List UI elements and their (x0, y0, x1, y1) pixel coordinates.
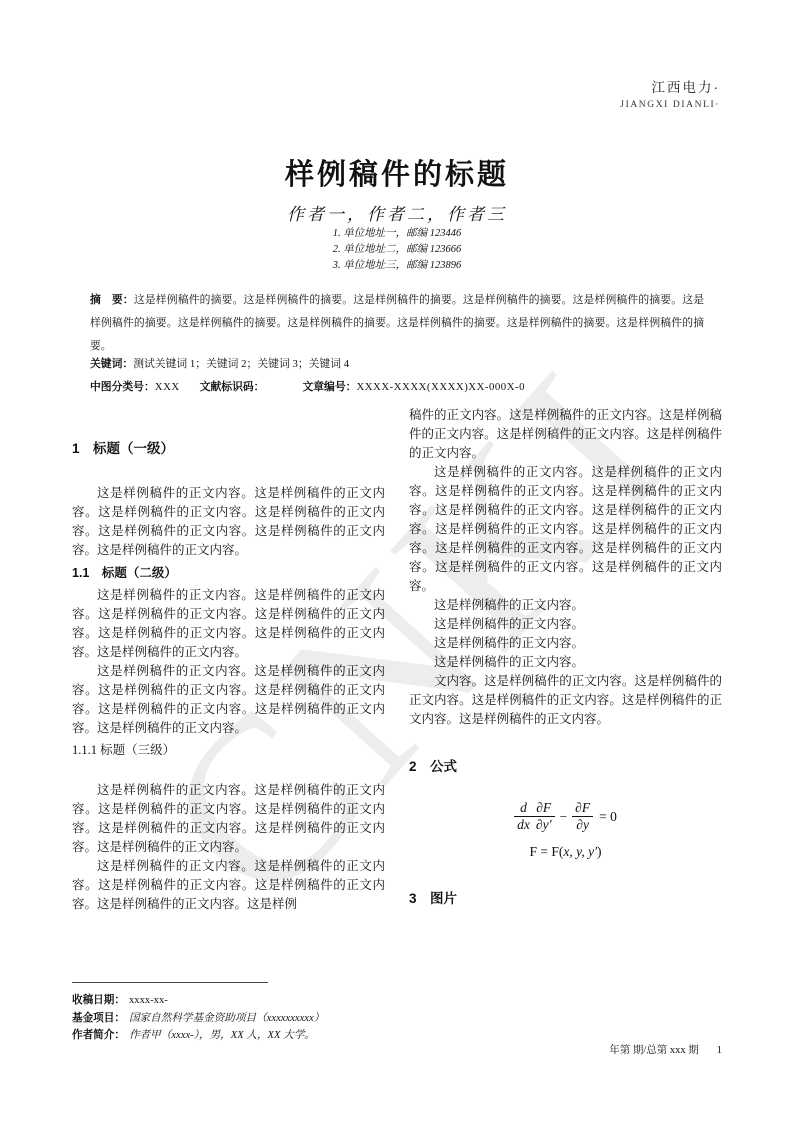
keywords-label: 关键词： (90, 358, 133, 370)
body-line: 这是样例稿件的正文内容。 (409, 615, 722, 634)
journal-name-english: JIANGXI DIANLI· (620, 100, 720, 110)
body-line: 这是样例稿件的正文内容。 (409, 596, 722, 615)
article-id-value: XXXX-XXXX(XXXX)XX-000X-0 (356, 381, 525, 393)
clc-label: 中图分类号： (90, 381, 155, 393)
journal-brand: 江西电力· JIANGXI DIANLI· (620, 76, 720, 110)
body-paragraph-continuation: 稿件的正文内容。这是样例稿件的正文内容。这是样例稿件的正文内容。这是样例稿件的正… (409, 406, 722, 463)
abstract-label: 摘 要： (90, 294, 134, 306)
abstract-text: 这是样例稿件的摘要。这是样例稿件的摘要。这是样例稿件的摘要。这是样例稿件的摘要。… (90, 294, 704, 352)
body-line: 这是样例稿件的正文内容。 (409, 653, 722, 672)
document-code-label: 文献标识码： (200, 381, 265, 393)
affiliation-1: 1. 单位地址一，邮编 123446 (0, 226, 794, 242)
footnote-rule (72, 982, 268, 983)
section-heading-2: 2 公式 (409, 757, 722, 776)
classification-line: 中图分类号：XXX文献标识码：文章编号：XXXX-XXXX(XXXX)XX-00… (90, 379, 704, 394)
received-date-value: xxxx-xx- (129, 995, 168, 1006)
body-paragraph: 文内容。这是样例稿件的正文内容。这是样例稿件的正文内容。这是样例稿件的正文内容。… (409, 672, 722, 729)
footnote-block: 收稿日期：xxxx-xx- 基金项目：国家自然科学基金资助项目（xxxxxxxx… (72, 982, 412, 1045)
author-bio-line: 作者简介：作者甲（xxxx-），男，XX 人，XX 大学。 (72, 1027, 412, 1045)
body-paragraph-split: 这是样例稿件的正文内容。这是样例稿件的正文内容。这是样例稿件的正文内容。这是样例… (72, 857, 385, 914)
page-footer: 年第 期/总第 xxx 期1 (609, 1042, 722, 1057)
equation-rhs: = 0 (599, 807, 617, 826)
body-paragraph: 这是样例稿件的正文内容。这是样例稿件的正文内容。这是样例稿件的正文内容。这是样例… (72, 586, 385, 662)
body-line: 这是样例稿件的正文内容。 (409, 634, 722, 653)
fund-project-value: 国家自然科学基金资助项目（xxxxxxxxxx） (129, 1013, 324, 1024)
minus-operator: − (560, 807, 568, 826)
journal-name-chinese: 江西电力· (620, 76, 720, 96)
left-column: 1 标题（一级） 这是样例稿件的正文内容。这是样例稿件的正文内容。这是样例稿件的… (72, 437, 385, 914)
section-heading-1-1-1: 1.1.1 标题（三级） (72, 741, 385, 760)
author-bio-value: 作者甲（xxxx-），男，XX 人，XX 大学。 (129, 1030, 315, 1041)
fraction-dF-dy: ∂F∂y (572, 800, 593, 832)
article-id-label: 文章编号： (302, 381, 356, 393)
equation-block: ddx ∂F∂y′ − ∂F∂y = 0 F = F(x, y, y′) (409, 800, 722, 861)
affiliation-2: 2. 单位地址二，邮编 123666 (0, 242, 794, 258)
article-title: 样例稿件的标题 (0, 152, 794, 193)
equation-functional: F = F(x, y, y′) (409, 842, 722, 861)
received-date-line: 收稿日期：xxxx-xx- (72, 992, 412, 1010)
author-list: 作者一，作者二，作者三 (0, 200, 794, 225)
keywords-text: 测试关键词 1；关键词 2；关键词 3；关键词 4 (133, 358, 349, 370)
section-heading-1-1: 1.1 标题（二级） (72, 564, 385, 583)
right-column: 稿件的正文内容。这是样例稿件的正文内容。这是样例稿件的正文内容。这是样例稿件的正… (409, 406, 722, 932)
clc-value: XXX (155, 381, 180, 393)
issue-info: 年第 期/总第 xxx 期 (609, 1045, 699, 1056)
affiliation-list: 1. 单位地址一，邮编 123446 2. 单位地址二，邮编 123666 3.… (0, 226, 794, 274)
body-paragraph: 这是样例稿件的正文内容。这是样例稿件的正文内容。这是样例稿件的正文内容。这是样例… (72, 484, 385, 560)
page-number: 1 (717, 1045, 722, 1056)
abstract: 摘 要：这是样例稿件的摘要。这是样例稿件的摘要。这是样例稿件的摘要。这是样例稿件… (90, 289, 704, 358)
body-paragraph: 这是样例稿件的正文内容。这是样例稿件的正文内容。这是样例稿件的正文内容。这是样例… (409, 463, 722, 596)
body-paragraph: 这是样例稿件的正文内容。这是样例稿件的正文内容。这是样例稿件的正文内容。这是样例… (72, 662, 385, 738)
fraction-d-dx: ddx (514, 800, 533, 832)
manuscript-page: CNKI 江西电力· JIANGXI DIANLI· 样例稿件的标题 作者一，作… (0, 0, 794, 1123)
affiliation-3: 3. 单位地址三，邮编 123896 (0, 258, 794, 274)
keywords: 关键词：测试关键词 1；关键词 2；关键词 3；关键词 4 (90, 356, 704, 371)
fraction-dF-dyprime: ∂F∂y′ (533, 800, 555, 832)
section-heading-3: 3 图片 (409, 889, 722, 908)
fund-project-line: 基金项目：国家自然科学基金资助项目（xxxxxxxxxx） (72, 1010, 412, 1028)
body-paragraph: 这是样例稿件的正文内容。这是样例稿件的正文内容。这是样例稿件的正文内容。这是样例… (72, 781, 385, 857)
section-heading-1: 1 标题（一级） (72, 439, 385, 458)
equation-euler-lagrange: ddx ∂F∂y′ − ∂F∂y = 0 (409, 800, 722, 832)
